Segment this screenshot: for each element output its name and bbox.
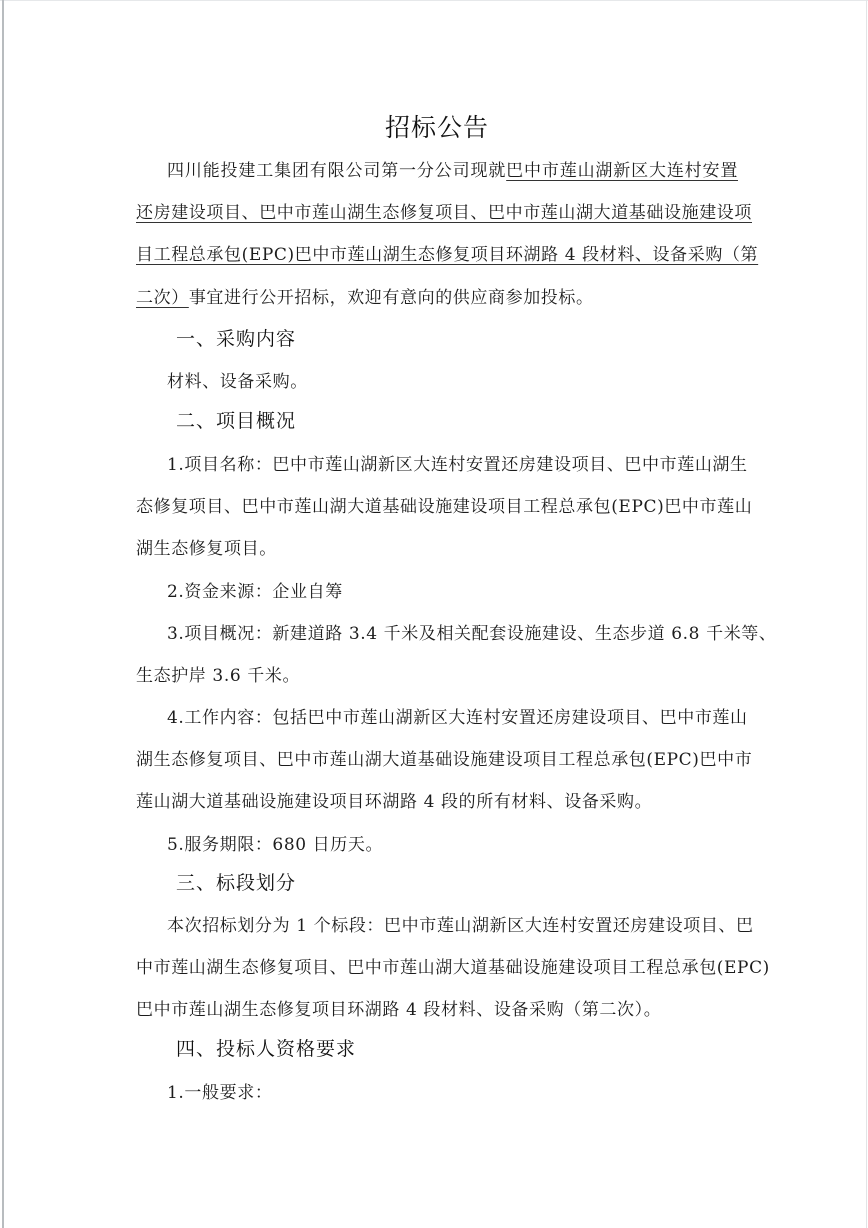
section-3-line-2: 中市莲山湖生态修复项目、巴中市莲山湖大道基础设施建设项目工程总承包(EPC) xyxy=(136,956,738,980)
item-funding-source: 2.资金来源：企业自筹 xyxy=(136,580,738,604)
item-project-name-line-3: 湖生态修复项目。 xyxy=(136,537,738,561)
intro-line-2: 还房建设项目、巴中市莲山湖生态修复项目、巴中市莲山湖大道基础设施建设项 xyxy=(136,201,738,225)
project-name-underlined: 目工程总承包(EPC)巴中市莲山湖生态修复项目环湖路 4 段材料、设备采购（第 xyxy=(136,245,758,265)
section-heading-lot-division: 三、标段划分 xyxy=(176,870,296,896)
intro-text: 四川能投建工集团有限公司第一分公司现就 xyxy=(167,161,506,181)
section-heading-project-overview: 二、项目概况 xyxy=(176,408,296,434)
intro-line-1: 四川能投建工集团有限公司第一分公司现就巴中市莲山湖新区大连村安置 xyxy=(136,159,738,183)
item-work-content-line-3: 莲山湖大道基础设施建设项目环湖路 4 段的所有材料、设备采购。 xyxy=(136,790,738,814)
project-name-underlined: 巴中市莲山湖新区大连村安置 xyxy=(506,161,738,181)
scan-edge-top xyxy=(0,0,868,1)
item-project-summary-line-1: 3.项目概况：新建道路 3.4 千米及相关配套设施建设、生态步道 6.8 千米等… xyxy=(136,622,738,646)
intro-line-4: 二次）事宜进行公开招标，欢迎有意向的供应商参加投标。 xyxy=(136,286,738,310)
scan-edge-right xyxy=(866,0,867,1228)
intro-line-3: 目工程总承包(EPC)巴中市莲山湖生态修复项目环湖路 4 段材料、设备采购（第 xyxy=(136,243,738,267)
section-3-line-1: 本次招标划分为 1 个标段：巴中市莲山湖新区大连村安置还房建设项目、巴 xyxy=(136,914,738,938)
section-heading-procurement-content: 一、采购内容 xyxy=(176,326,296,352)
section-4-line-1: 1.一般要求： xyxy=(136,1081,738,1105)
intro-text: 事宜进行公开招标，欢迎有意向的供应商参加投标。 xyxy=(189,288,594,308)
item-work-content-line-2: 湖生态修复项目、巴中市莲山湖大道基础设施建设项目工程总承包(EPC)巴中市 xyxy=(136,748,738,772)
project-name-underlined: 二次） xyxy=(136,288,189,308)
project-name-underlined: 还房建设项目、巴中市莲山湖生态修复项目、巴中市莲山湖大道基础设施建设项 xyxy=(136,203,752,223)
scan-edge-left xyxy=(2,0,4,1228)
item-work-content-line-1: 4.工作内容：包括巴中市莲山湖新区大连村安置还房建设项目、巴中市莲山 xyxy=(136,706,738,730)
document-title: 招标公告 xyxy=(136,108,738,144)
item-project-name-line-1: 1.项目名称：巴中市莲山湖新区大连村安置还房建设项目、巴中市莲山湖生 xyxy=(136,453,738,477)
item-project-name-line-2: 态修复项目、巴中市莲山湖大道基础设施建设项目工程总承包(EPC)巴中市莲山 xyxy=(136,495,738,519)
section-3-line-3: 巴中市莲山湖生态修复项目环湖路 4 段材料、设备采购（第二次）。 xyxy=(136,998,738,1022)
item-service-period: 5.服务期限：680 日历天。 xyxy=(136,833,738,857)
item-project-summary-line-2: 生态护岸 3.6 千米。 xyxy=(136,664,738,688)
section-1-line-1: 材料、设备采购。 xyxy=(136,370,738,394)
section-heading-bidder-qualifications: 四、投标人资格要求 xyxy=(176,1036,356,1062)
